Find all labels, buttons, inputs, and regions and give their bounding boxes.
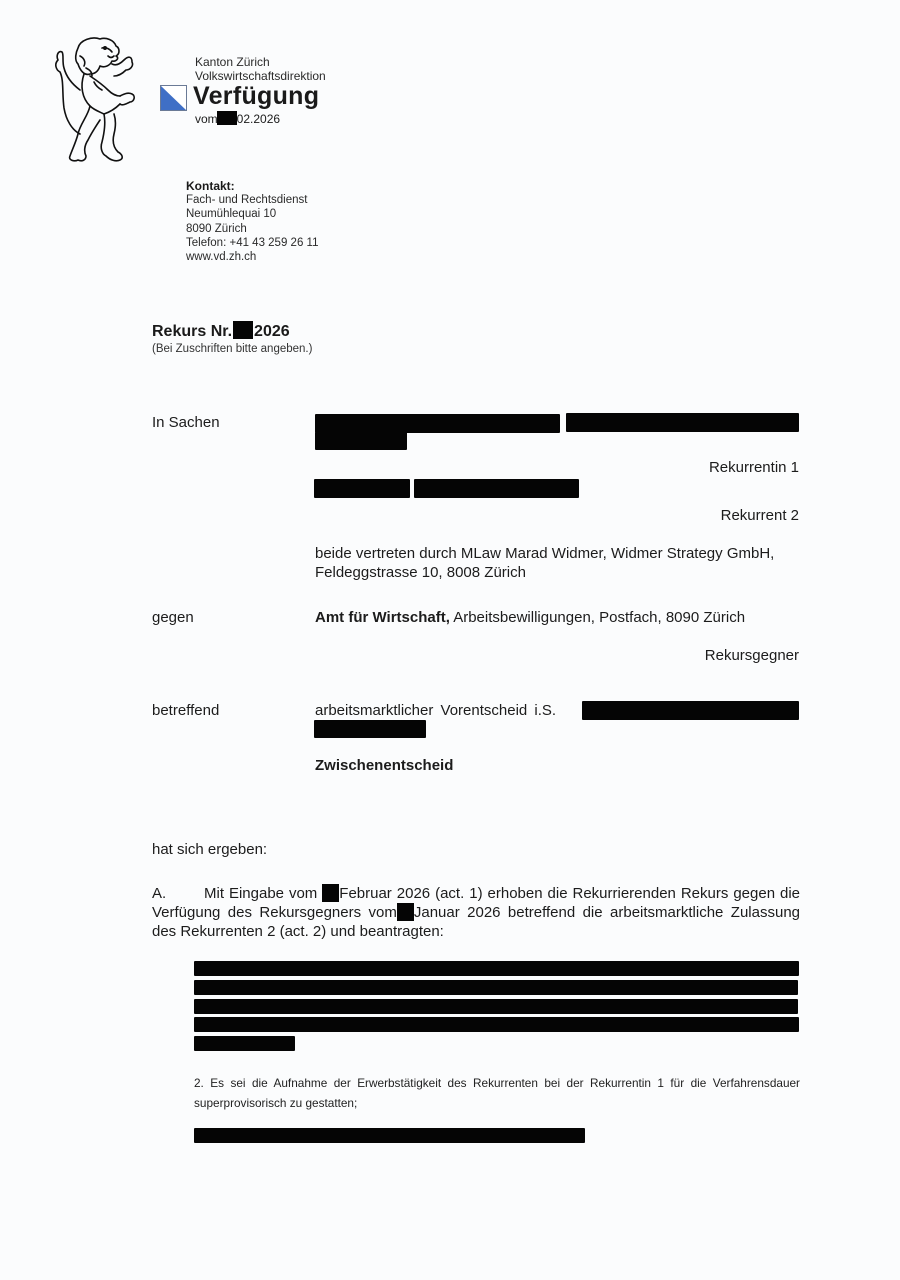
decision-type: Zwischenentscheid <box>315 756 453 775</box>
redaction-box <box>582 701 799 720</box>
canton-name: Kanton Zürich <box>195 55 270 69</box>
betreffend-label: betreffend <box>152 701 219 720</box>
case-number: Rekurs Nr.2026 <box>152 321 290 341</box>
redaction-box <box>194 1017 799 1032</box>
intro-text: hat sich ergeben: <box>152 840 267 859</box>
document-date: vom02.2026 <box>195 111 280 126</box>
redaction-box <box>194 980 798 995</box>
role-rekurrent-2: Rekurrent 2 <box>721 506 799 525</box>
paragraph-text: Mit Eingabe vom <box>204 885 317 902</box>
zurich-lion-icon <box>50 34 150 166</box>
redaction-box <box>194 1128 585 1143</box>
request-item-2: 2. Es sei die Aufnahme der Erwerbstätigk… <box>194 1073 800 1113</box>
redaction-box <box>194 1036 295 1051</box>
redaction-box <box>322 884 339 902</box>
contact-phone: Telefon: +41 43 259 26 11 <box>186 236 318 250</box>
role-rekursgegner: Rekursgegner <box>705 646 799 665</box>
redaction-box <box>566 413 799 432</box>
contact-line: Fach- und Rechtsdienst <box>186 193 318 207</box>
contact-website: www.vd.zh.ch <box>186 250 318 264</box>
role-rekurrentin-1: Rekurrentin 1 <box>709 458 799 477</box>
contact-line: 8090 Zürich <box>186 222 318 236</box>
redaction-box <box>314 479 410 498</box>
case-number-prefix: Rekurs Nr. <box>152 323 232 340</box>
respondent-address: Arbeitsbewilligungen, Postfach, 8090 Zür… <box>450 609 745 626</box>
respondent: Amt für Wirtschaft, Arbeitsbewilligungen… <box>315 608 745 627</box>
redaction-box <box>194 961 799 976</box>
date-suffix: 02.2026 <box>237 112 280 126</box>
paragraph-a: A.Mit Eingabe vom Februar 2026 (act. 1) … <box>152 884 800 941</box>
case-number-hint: (Bei Zuschriften bitte angeben.) <box>152 343 312 355</box>
in-sachen-label: In Sachen <box>152 413 220 432</box>
zurich-flag-icon <box>160 85 187 111</box>
respondent-name: Amt für Wirtschaft, <box>315 609 450 626</box>
paragraph-label: A. <box>152 884 204 903</box>
department-name: Volkswirtschaftsdirektion <box>195 69 326 83</box>
case-number-suffix: 2026 <box>254 323 290 340</box>
document-title: Verfügung <box>193 82 319 111</box>
contact-heading: Kontakt: <box>186 179 318 193</box>
contact-line: Neumühlequai 10 <box>186 207 318 221</box>
contact-block: Kontakt: Fach- und Rechtsdienst Neumühle… <box>186 179 318 264</box>
redaction-box <box>233 321 253 339</box>
gegen-label: gegen <box>152 608 194 627</box>
redaction-box <box>194 999 798 1014</box>
redaction-box <box>315 432 407 450</box>
subject-text: arbeitsmarktlicher Vorentscheid i.S. <box>315 701 556 720</box>
redaction-box <box>397 903 414 921</box>
redaction-box <box>314 720 426 738</box>
representation-text: beide vertreten durch MLaw Marad Widmer,… <box>315 544 805 582</box>
redaction-box <box>315 414 560 433</box>
date-prefix: vom <box>195 112 218 126</box>
redaction-box <box>217 111 237 125</box>
redaction-box <box>414 479 579 498</box>
